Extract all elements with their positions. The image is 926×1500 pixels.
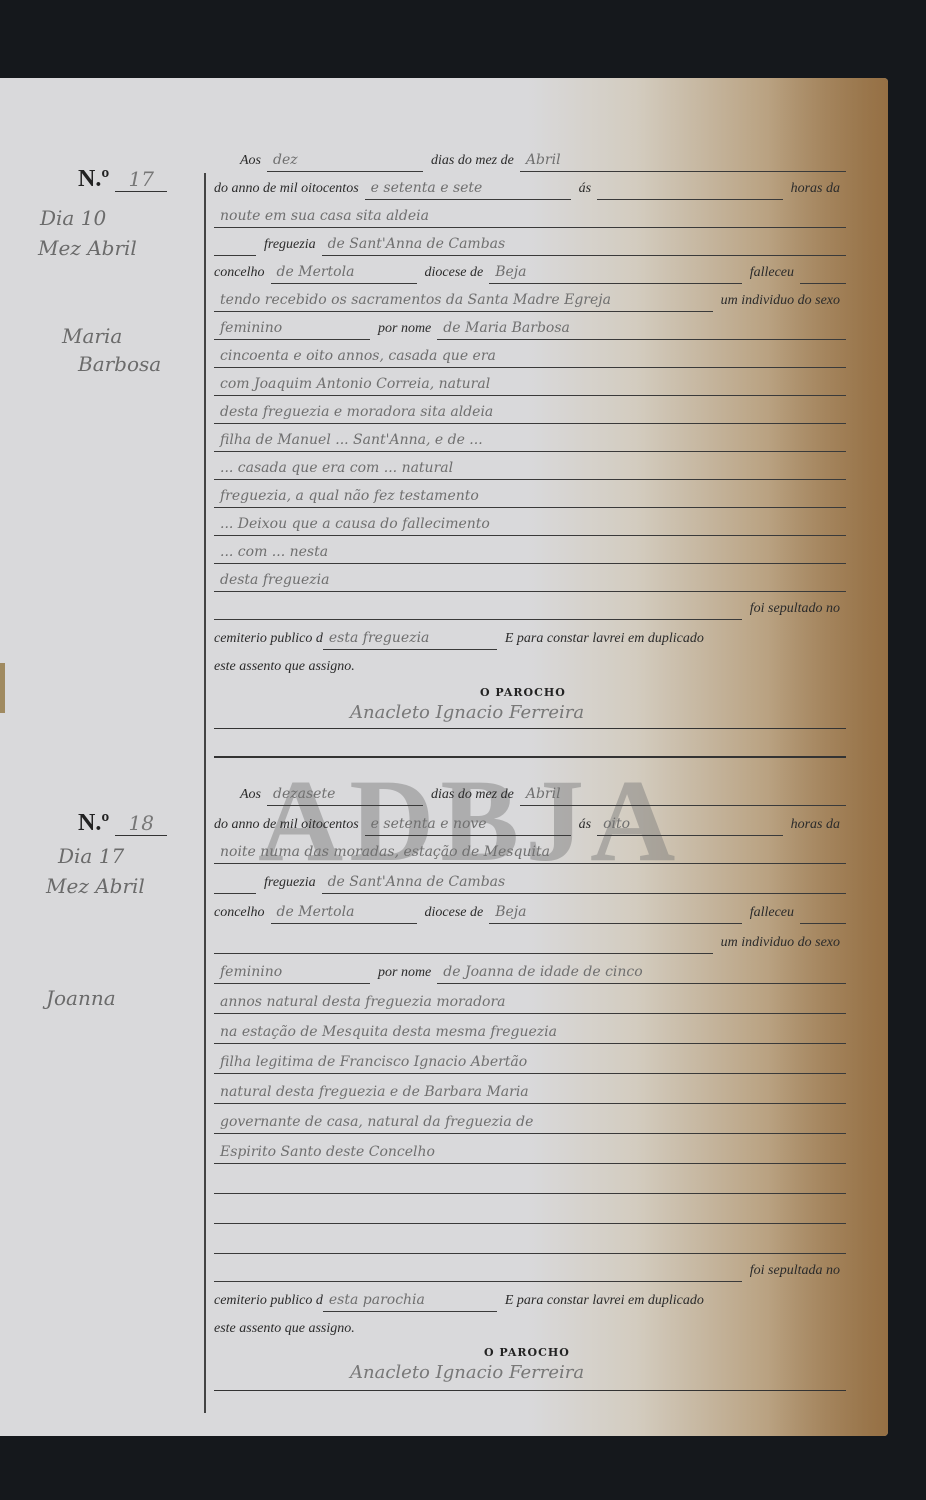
field-nome: de Joanna de idade de cinco — [437, 961, 846, 984]
body-line — [214, 1171, 846, 1194]
margin-name-first: Joanna — [46, 986, 116, 1010]
field-hora: oito — [597, 813, 782, 836]
row-concelho: concelho de Mertola diocese de Beja fall… — [214, 258, 846, 284]
record-number-value: 17 — [115, 167, 167, 192]
field-place: noite numa das moradas, estação de Mesqu… — [214, 841, 846, 864]
signature-line — [214, 1390, 846, 1391]
row-place: noite numa das moradas, estação de Mesqu… — [214, 838, 846, 864]
margin-name-first: Maria — [62, 324, 122, 348]
body-line — [214, 1201, 846, 1224]
field-nome: de Maria Barbosa — [437, 317, 846, 340]
row-cemiterio: cemiterio publico d esta freguezia E par… — [214, 624, 846, 650]
parocho-label: O PAROCHO — [484, 1346, 570, 1359]
field-place: noute em sua casa sita aldeia — [214, 205, 846, 228]
body-line: na estação de Mesquita desta mesma fregu… — [214, 1021, 846, 1044]
body-line: Espirito Santo deste Concelho — [214, 1141, 846, 1164]
row-assento: este assento que assigno. — [214, 1314, 846, 1340]
body-line: annos natural desta freguezia moradora — [214, 991, 846, 1014]
margin-name-last: Barbosa — [78, 352, 161, 376]
field-freguezia: de Sant'Anna de Cambas — [322, 871, 846, 894]
row-sex: tendo recebido os sacramentos da Santa M… — [214, 286, 846, 312]
field-mez: Abril — [520, 783, 846, 806]
signature-line — [214, 728, 846, 729]
body-line: desta freguezia — [214, 569, 846, 592]
body-line: com Joaquim Antonio Correia, natural — [214, 373, 846, 396]
row-date: Aos dezasete dias do mez de Abril — [240, 780, 846, 806]
row-place: noute em sua casa sita aldeia — [214, 202, 846, 228]
record-number-17: N.º17 — [78, 166, 167, 193]
record-number-value: 18 — [115, 811, 167, 836]
body-line: desta freguezia e moradora sita aldeia — [214, 401, 846, 424]
register-page: N.º17 Dia 10 Mez Abril Maria Barbosa Aos… — [0, 78, 888, 1436]
row-concelho: concelho de Mertola diocese de Beja fall… — [214, 898, 846, 924]
row-cemiterio: cemiterio publico d esta parochia E para… — [214, 1286, 846, 1312]
field-hora — [597, 177, 782, 200]
body-line: natural desta freguezia e de Barbara Mar… — [214, 1081, 846, 1104]
margin-date-month: Mez Abril — [46, 874, 145, 898]
row-sepultado: foi sepultada no — [214, 1256, 846, 1282]
body-line: cincoenta e oito annos, casada que era — [214, 345, 846, 368]
row-sex: um individuo do sexo — [214, 928, 846, 954]
parocho-signature: Anacleto Ignacio Ferreira — [350, 702, 584, 723]
field-dia: dezasete — [267, 783, 423, 806]
record-number-18: N.º18 — [78, 810, 167, 837]
field-anno: e setenta e sete — [365, 177, 571, 200]
field-freguezia: de Sant'Anna de Cambas — [322, 233, 846, 256]
body-line: freguezia, a qual não fez testamento — [214, 485, 846, 508]
field-sexo: feminino — [214, 317, 370, 340]
row-sepultado: foi sepultado no — [214, 594, 846, 620]
row-nome: feminino por nome de Joanna de idade de … — [214, 958, 846, 984]
page-edge-mark — [0, 663, 5, 713]
row-freguezia: freguezia de Sant'Anna de Cambas — [214, 230, 846, 256]
body-line: governante de casa, natural da freguezia… — [214, 1111, 846, 1134]
field-anno: e setenta e nove — [365, 813, 571, 836]
margin-date-month: Mez Abril — [38, 236, 137, 260]
body-line: ... casada que era com ... natural — [214, 457, 846, 480]
field-mez: Abril — [520, 149, 846, 172]
field-diocese: Beja — [489, 261, 741, 284]
field-concelho: de Mertola — [271, 901, 417, 924]
row-year: do anno de mil oitocentos e setenta e se… — [214, 174, 846, 200]
row-year: do anno de mil oitocentos e setenta e no… — [214, 810, 846, 836]
margin-date-day: Dia 17 — [58, 844, 124, 868]
row-date: Aos dez dias do mez de Abril — [240, 146, 846, 172]
field-diocese: Beja — [489, 901, 741, 924]
row-freguezia: freguezia de Sant'Anna de Cambas — [214, 868, 846, 894]
field-sexo: feminino — [214, 961, 370, 984]
margin-date-day: Dia 10 — [40, 206, 106, 230]
field-cemiterio: esta parochia — [323, 1289, 497, 1312]
body-line: filha legitima de Francisco Ignacio Aber… — [214, 1051, 846, 1074]
row-nome: feminino por nome de Maria Barbosa — [214, 314, 846, 340]
row-assento: este assento que assigno. — [214, 652, 846, 678]
parocho-label: O PAROCHO — [480, 686, 566, 699]
field-cemiterio: esta freguezia — [323, 627, 497, 650]
field-concelho: de Mertola — [271, 261, 417, 284]
body-line — [214, 1231, 846, 1254]
body-line: ... com ... nesta — [214, 541, 846, 564]
field-dia: dez — [267, 149, 423, 172]
body-line: ... Deixou que a causa do fallecimento — [214, 513, 846, 536]
body-line: filha de Manuel ... Sant'Anna, e de ... — [214, 429, 846, 452]
parocho-signature: Anacleto Ignacio Ferreira — [350, 1362, 584, 1383]
margin-rule — [204, 173, 206, 1413]
